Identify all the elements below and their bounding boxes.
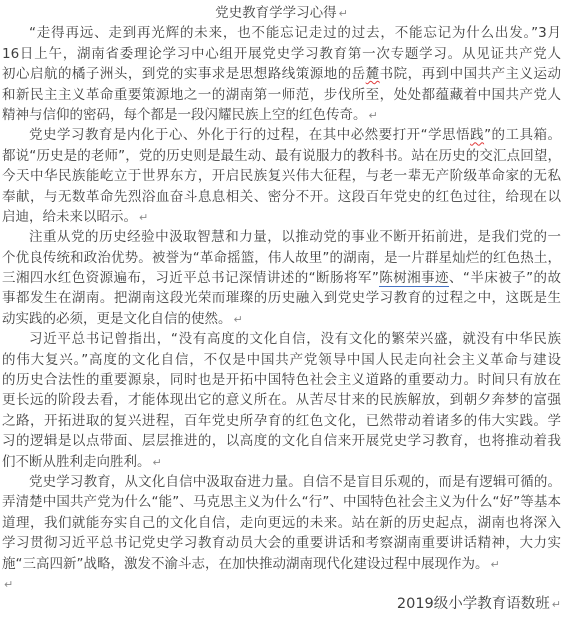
- paragraph-mark: ↵: [153, 456, 162, 469]
- paragraph-mark: ↵: [339, 7, 348, 20]
- paragraph-mark: ↵: [491, 558, 500, 571]
- text-line: “走得再远、走到再光辉的未来，也不能忘记走过的过去，不能忘记为什么出发。”3月: [2, 23, 561, 43]
- text-line: 和新民主主义革命重要策源地之一的湖南第一师范，步伐所至，处处都蕴藏着中国共产党人: [2, 85, 561, 105]
- text-line: 注重从党的历史经验中汲取智慧和力量，以推动党的事业不断开拓前进，是我们党的一: [2, 227, 561, 247]
- text-line: 弄清楚中国共产党为什么“能”、马克思主义为什么“行”、中国特色社会主义为什么“好…: [2, 492, 561, 512]
- text-line: 习近平总书记曾指出，“没有高度的文化自信，没有文化的繁荣兴盛，就没有中华民族: [2, 329, 561, 349]
- document-body: “走得再远、走到再光辉的未来，也不能忘记走过的过去，不能忘记为什么出发。”3月1…: [2, 23, 561, 574]
- text-line: 施“三高四新”战略，激发不渝斗志，在加快推动湖南现代化建设过程中展现作为。↵: [2, 554, 561, 574]
- text-line: 的历史合法性的重要源泉，同时也是开拓中国特色社会主义道路的重要动力。时间只有放在: [2, 370, 561, 390]
- document-page: 党史教育学学习心得↵ “走得再远、走到再光辉的未来，也不能忘记走过的过去，不能忘…: [0, 0, 563, 619]
- document-title-text: 党史教育学学习心得: [215, 5, 337, 21]
- text-line: 之路，开拓进取的复兴进程，百年党史所孕育的红色文化，已然带动着诸多的伟大实践。学: [2, 411, 561, 431]
- spellcheck-underlined-text: 践: [470, 127, 484, 143]
- text-line: 们不断从胜利走向胜利。↵: [2, 452, 561, 472]
- paragraph-mark: ↵: [4, 578, 13, 591]
- document-title: 党史教育学学习心得↵: [2, 3, 561, 23]
- paragraph-mark: ↵: [552, 598, 561, 611]
- paragraph-mark: ↵: [369, 109, 378, 122]
- text-line: 都说“历史是的老师”，党的历史则是最生动、最有说服力的教科书。站在历史的交汇点回…: [2, 146, 561, 166]
- paragraph-mark: ↵: [139, 211, 148, 224]
- text-line: 的伟大复兴。”高度的文化自信，不仅是中国共产党领导中国人民走向社会主义革命与建设: [2, 350, 561, 370]
- text-line: 更长远的阶段去看，才能体现出它的意义所在。从苦尽甘来的民族解放，到朝夕奔梦的富强: [2, 390, 561, 410]
- text-line: 学习贯彻习近平总书记党史学习教育动员大会的重要讲话和考察湖南重要讲话精神，大力实: [2, 533, 561, 553]
- hyperlink-text[interactable]: 陈树湘事迹: [379, 270, 449, 288]
- spellcheck-underlined-text: 麓: [366, 66, 380, 82]
- text-line: 党史学习教育，从文化自信中汲取奋进力量。自信不是盲目乐观的，而是有逻辑可循的。: [2, 472, 561, 492]
- signature-text: 2019级小学教育语数班: [397, 596, 550, 612]
- text-line: 奉献，与无数革命先烈浴血奋斗息息相关、密分不开。这段百年党史的红色过往，给现在以: [2, 187, 561, 207]
- text-line: 16日上午，湖南省委理论学习中心组开展党史学习教育第一次专题学习。从见证共产党人: [2, 44, 561, 64]
- text-line: 今天中华民族能屹立于世界东方，开启民族复兴伟大征程，与老一辈无产阶级革命家的无私: [2, 166, 561, 186]
- text-line: 事都发生在湖南。把湖南这段光荣而璀璨的历史融入到党史学习教育的过程之中，这既是生: [2, 288, 561, 308]
- text-line: 启迪，给未来以昭示。↵: [2, 207, 561, 227]
- text-line: 习的逻辑是以点带面、层层推进的，以高度的文化自信来开展党史学习教育，也将推动着我: [2, 431, 561, 451]
- text-line: 个优良传统和政治优势。被誉为“革命摇篮，伟人故里”的湖南，是一片群星灿烂的红色热…: [2, 248, 561, 268]
- paragraph-mark: ↵: [234, 313, 243, 326]
- text-line: 初心启航的橘子洲头，到党的实事求是思想路线策源地的岳麓书院，再到中国共产主义运动: [2, 64, 561, 84]
- signature-line: 2019级小学教育语数班↵: [2, 594, 561, 614]
- text-line: 道理，我们就能夯实自己的文化自信，走向更远的未来。站在新的历史起点，湖南也将深入: [2, 513, 561, 533]
- text-line: 动实践的必须，更是文化自信的使然。↵: [2, 309, 561, 329]
- text-line: 党史学习教育是内化于心、外化于行的过程，在其中必然要打开“学思悟践”的工具箱。: [2, 125, 561, 145]
- text-line: 三湘四水红色资源遍布，习近平总书记深情讲述的“断肠将军”陈树湘事迹、“半床被子”…: [2, 268, 561, 288]
- empty-paragraph: ↵: [2, 574, 561, 594]
- text-line: 精神与信仰的密码，每个都是一段闪耀民族上空的红色传奇。↵: [2, 105, 561, 125]
